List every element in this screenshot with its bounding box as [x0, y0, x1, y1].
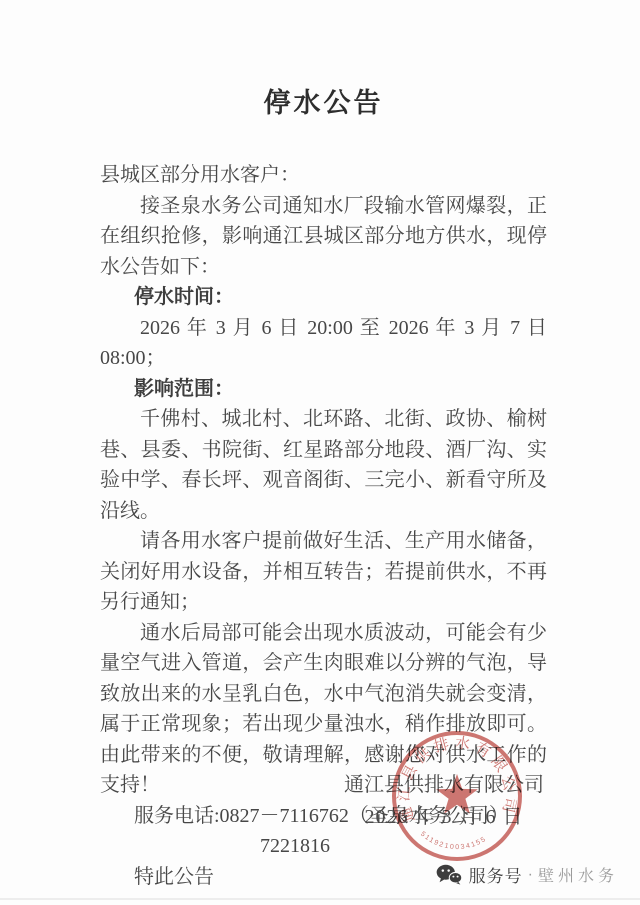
footer-separator: ·	[528, 866, 533, 884]
section-heading-outage-time: 停水时间：	[100, 282, 547, 313]
notice-title: 停水公告	[100, 86, 547, 120]
affected-scope-text: 千佛村、城北村、北环路、北街、政协、榆树巷、县委、书院街、红星路部分地段、酒厂沟…	[100, 404, 547, 526]
wechat-icon	[436, 864, 462, 885]
intro-paragraph: 接圣泉水务公司通知水厂段输水管网爆裂，正在组织抢修，影响通江县城区部分地方供水，…	[100, 191, 547, 283]
seal-code-text: 5119210034155	[419, 831, 488, 852]
footer-account-name: 壁州水务	[538, 863, 618, 886]
section-heading-affected-scope: 影响范围：	[100, 374, 547, 405]
service-account-row[interactable]: 服务号 · 壁州水务	[436, 862, 618, 887]
seal-star-icon	[436, 774, 478, 814]
salutation-line: 县城区部分用水客户：	[100, 160, 547, 191]
notice-paragraph-preparation: 请各用水客户提前做好生活、生产用水储备，关闭好用水设备，并相互转告；若提前供水，…	[100, 526, 547, 618]
company-seal: 通江县供排水有限公司 5119210034155	[388, 727, 526, 865]
footer-account-type: 服务号	[469, 862, 523, 887]
page-edge-line	[0, 898, 640, 900]
svg-text:5119210034155: 5119210034155	[419, 831, 488, 852]
scanned-notice-page: 停水公告 县城区部分用水客户： 接圣泉水务公司通知水厂段输水管网爆裂，正在组织抢…	[0, 0, 640, 905]
outage-time-text: 2026 年 3 月 6 日 20:00 至 2026 年 3 月 7 日 08…	[100, 313, 547, 374]
